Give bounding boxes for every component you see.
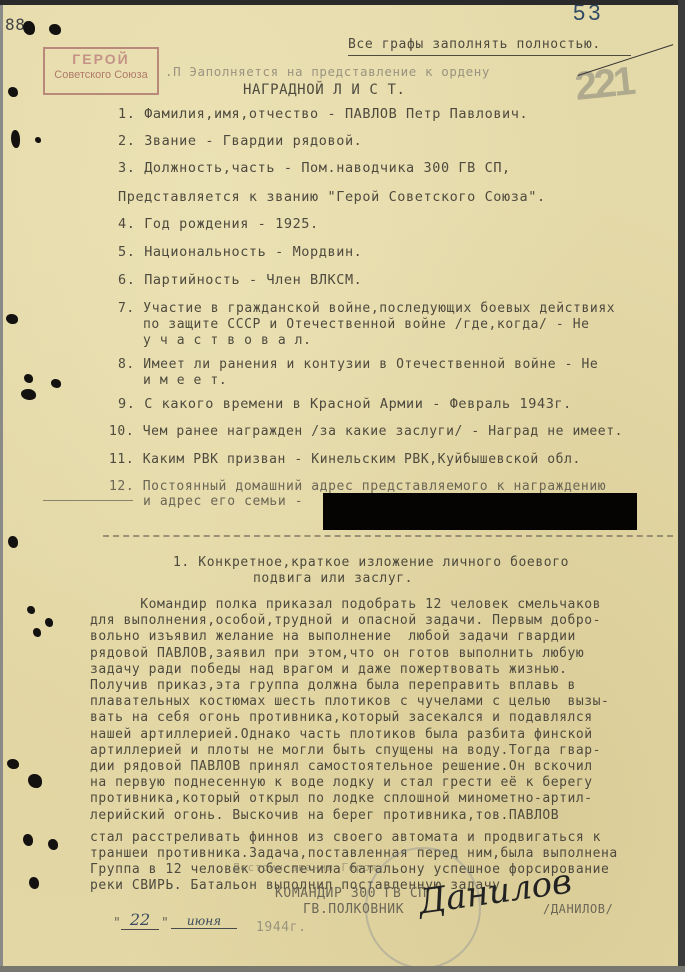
burn-hole — [8, 536, 18, 548]
burn-hole — [23, 21, 35, 35]
field-label: Представляется к званию — [118, 189, 319, 205]
scan-top-edge — [0, 0, 685, 5]
field-value: - ПАВЛОВ Петр Павлович. — [328, 106, 529, 122]
field-7-line-2: по защите СССР и Отечественной войне /гд… — [143, 317, 590, 332]
commander-title-line-1: КОМАНДИР 300 ГВ СП — [275, 886, 427, 901]
field-number: 2. — [118, 133, 135, 149]
date-day: 22 — [121, 910, 159, 930]
field-label: Должность,часть — [144, 160, 275, 176]
field-label: Каким РВК призван — [143, 452, 286, 467]
field-label: Звание — [144, 133, 196, 149]
field-label: Партийность — [144, 272, 240, 288]
field-number: 6. — [118, 272, 135, 288]
field-7: 7. Участие в гражданской войне,последующ… — [118, 301, 615, 316]
field-label: и адрес его семьи — [143, 494, 286, 509]
burn-hole — [51, 379, 61, 388]
narrative-line: противника,который открыл по лодке сплош… — [90, 791, 650, 807]
commander-name: /ДАНИЛОВ/ — [543, 902, 613, 916]
burn-hole — [35, 137, 41, 143]
narrative-line: задачу ради победы над врагом и даже пож… — [90, 662, 650, 678]
narrative-line: стал расстреливать финнов из своего авто… — [90, 830, 650, 846]
field-label: Постоянный домашний адрес представляемог… — [143, 479, 606, 494]
field-5: 5. Национальность - Мордвин. — [118, 244, 362, 260]
hero-soviet-union-stamp: ГЕРОЙ Советского Союза — [43, 47, 159, 95]
narrative-line: на первую поднесенную к воде лодку и ста… — [90, 775, 650, 791]
field-label: Имеет ли ранения и контузии в Отечествен… — [143, 357, 556, 372]
field-label: Участие в гражданской войне,последующих … — [143, 301, 615, 316]
field-label: Чем ранее награжден /за какие заслуги/ — [143, 424, 463, 439]
field-value: - Наград не имеет. — [471, 424, 623, 439]
field-number: 7. — [118, 301, 135, 316]
field-number: 12. — [109, 479, 134, 494]
date-month: июня — [171, 914, 237, 929]
burn-hole — [29, 877, 39, 889]
section-separator-dashed — [103, 535, 673, 537]
burn-hole — [23, 834, 33, 846]
field-7-value: у ч а с т в о в а л. — [143, 333, 312, 348]
stamp-line-1: ГЕРОЙ — [45, 51, 157, 67]
burn-hole — [49, 24, 61, 35]
field-number: 10. — [109, 424, 134, 439]
field-value: - Февраль 1943г. — [432, 396, 572, 412]
field-3: 3. Должность,часть - Пом.наводчика 300 Г… — [118, 160, 511, 176]
burn-hole — [24, 374, 33, 383]
document-title: НАГРАДНОЙ Л И С Т. — [243, 82, 406, 98]
burn-hole — [7, 759, 19, 769]
ghost-line-top: .П Эаполняется на представление к ордену — [165, 64, 490, 79]
field-12: 12. Постоянный домашний адрес представля… — [109, 479, 606, 494]
field-value: - — [295, 494, 303, 509]
burn-hole — [48, 839, 58, 850]
field-11: 11. Каким РВК призван - Кинельским РВК,К… — [109, 452, 581, 467]
field-9: 9. С какого времени в Красной Армии - Фе… — [118, 396, 572, 412]
field-10: 10. Чем ранее награжден /за какие заслуг… — [109, 424, 623, 439]
field-value: - Член ВЛКСМ. — [249, 272, 362, 288]
narrative-line: рядовой ПАВЛОВ,заявил при этом,что он го… — [90, 646, 650, 662]
field-value: - Гвардии рядовой. — [205, 133, 362, 149]
burn-hole — [28, 774, 42, 788]
narrative-line: Командир полка приказал подобрать 12 чел… — [90, 597, 650, 613]
award-sheet-paper: 88 53 221 Все графы заполнять полностью.… — [3, 4, 678, 966]
burn-hole — [11, 130, 20, 148]
narrative-line: дии рядовой ПАВЛОВ принял самостоятельно… — [90, 759, 650, 775]
handwritten-page-number: 53 — [573, 4, 603, 26]
field-label: С какого времени в Красной Армии — [144, 396, 423, 412]
field-number: 1. — [118, 106, 135, 122]
field-value: - Кинельским РВК,Куйбышевской обл. — [294, 452, 581, 467]
feat-narrative: Командир полка приказал подобрать 12 чел… — [90, 597, 650, 895]
burn-hole — [27, 606, 35, 614]
field-8: 8. Имеет ли ранения и контузии в Отечест… — [118, 357, 598, 372]
burn-hole — [8, 87, 18, 97]
field-value: - 1925. — [258, 216, 319, 232]
field-number: 11. — [109, 452, 134, 467]
narrative-line: для выполнения,особой,трудной и опасной … — [90, 613, 650, 629]
commander-title-line-2: ГВ.ПОЛКОВНИК — [303, 902, 404, 917]
field-label: Национальность — [144, 244, 266, 260]
section-heading-line-2: подвига или заслуг. — [253, 571, 413, 586]
date-close-quote: " — [161, 916, 169, 931]
field-value: "Герой Советского Союза". — [327, 189, 545, 205]
field-2: 2. Звание - Гвардии рядовой. — [118, 133, 362, 149]
field-number: 9. — [118, 396, 135, 412]
burn-hole — [21, 389, 36, 400]
narrative-line: артиллерией и плоты не могли быть спущен… — [90, 743, 650, 759]
narrative-line: плавательных костюмах шесть плотиков с ч… — [90, 694, 650, 710]
field-number: 5. — [118, 244, 135, 260]
margin-rule — [43, 500, 133, 501]
field-number: 8. — [118, 357, 135, 372]
section-heading-line-1: 1. Конкретное,краткое изложение личного … — [173, 555, 569, 570]
field-number: 3. — [118, 160, 135, 176]
narrative-line: вольно изъявил желание на выполнение люб… — [90, 629, 650, 645]
instruction-header: Все графы заполнять полностью. — [348, 37, 601, 52]
field-6: 6. Партийность - Член ВЛКСМ. — [118, 272, 362, 288]
redacted-address-block — [323, 493, 637, 530]
burn-hole — [33, 628, 41, 637]
field-value: - Не — [565, 357, 599, 372]
field-value: - Мордвин. — [275, 244, 362, 260]
field-label: Год рождения — [144, 216, 249, 232]
field-label: Фамилия,имя,отчество — [144, 106, 319, 122]
narrative-line: нашей артиллерией.Однако часть плотиков … — [90, 727, 650, 743]
field-number: 4. — [118, 216, 135, 232]
ghost-recommendation: Достоин звания Героя — [233, 861, 377, 874]
field-value: - Пом.наводчика 300 ГВ СП, — [284, 160, 511, 176]
narrative-line: вать на себя огонь противника,который за… — [90, 710, 650, 726]
date-year: 1944г. — [256, 920, 307, 935]
narrative-line: Получив приказ,эта группа должна была пе… — [90, 678, 650, 694]
scan-right-edge — [678, 0, 685, 972]
field-12-line-2: и адрес его семьи - — [143, 494, 303, 509]
field-4: 4. Год рождения - 1925. — [118, 216, 319, 232]
field-nominated-title: Представляется к званию "Герой Советског… — [118, 189, 546, 205]
narrative-line: траншеи противника.Задача,поставленная п… — [90, 846, 650, 862]
narrative-line: лерийский огонь. Выскочив на берег проти… — [90, 808, 650, 824]
instruction-underline — [348, 55, 631, 56]
scan-bottom-edge — [0, 966, 685, 972]
field-8-value-2: и м е е т. — [143, 373, 227, 388]
burn-hole — [45, 618, 53, 627]
field-1: 1. Фамилия,имя,отчество - ПАВЛОВ Петр Па… — [118, 106, 528, 122]
burn-hole — [6, 314, 18, 324]
stamp-line-2: Советского Союза — [45, 69, 157, 81]
